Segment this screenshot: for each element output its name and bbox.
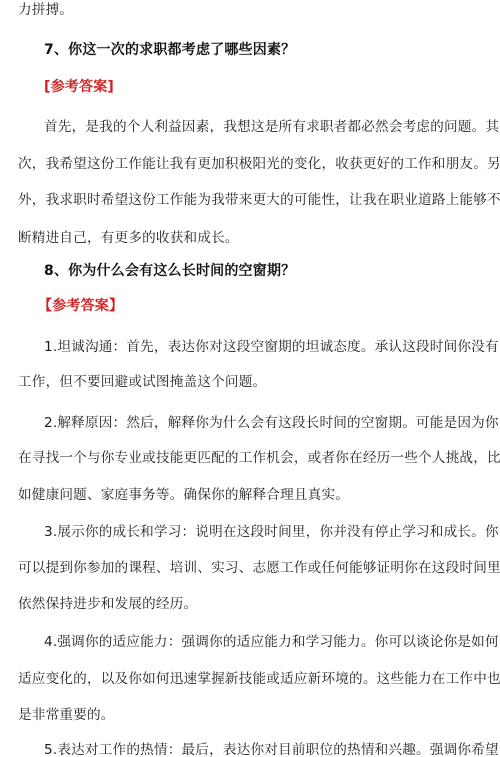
q8-point-2-line: 如健康问题、家庭事务等。确保你的解释合理且真实。 (18, 486, 349, 504)
q8-point-4-line: 是非常重要的。 (18, 706, 115, 724)
q8-point-3-line: 依然保持进步和发展的经历。 (18, 595, 197, 613)
q7-paragraph-line: 次，我希望这份工作能让我有更加积极阳光的变化，收获更好的工作和朋友。另 (18, 155, 500, 173)
q8-point-4-line: 4.强调你的适应能力：强调你的适应能力和学习能力。你可以谈论你是如何 (44, 633, 499, 651)
q8-point-2-line: 在寻找一个与你专业或技能更匹配的工作机会，或者你在经历一些个人挑战，比 (18, 449, 500, 467)
previous-paragraph-tail: 力拼搏。 (18, 1, 73, 19)
q8-point-1-line: 工作，但不要回避或试图掩盖这个问题。 (18, 373, 266, 391)
q7-paragraph-line: 外，我求职时希望这份工作能为我带来更大的可能性，让我在职业道路上能够不 (18, 191, 500, 209)
q7-paragraph-line: 首先，是我的个人利益因素，我想这是所有求职者都必然会考虑的问题。其 (44, 118, 499, 136)
question-8-answer-label: 【参考答案】 (38, 297, 123, 315)
q8-point-3-line: 3.展示你的成长和学习：说明在这段时间里，你并没有停止学习和成长。你 (44, 523, 499, 541)
q8-point-5-line: 5.表达对工作的热情：最后，表达你对目前职位的热情和兴趣。强调你希望 (44, 741, 499, 757)
question-7-answer-label: [参考答案] (44, 78, 114, 96)
q7-paragraph-line: 断精进自己，有更多的收获和成长。 (18, 229, 239, 247)
q8-point-2-line: 2.解释原因：然后，解释你为什么会有这段长时间的空窗期。可能是因为你 (44, 414, 499, 432)
q8-point-1-line: 1.坦诚沟通：首先，表达你对这段空窗期的坦诚态度。承认这段时间你没有 (44, 338, 499, 356)
question-8-title: 8、你为什么会有这么长时间的空窗期？ (44, 262, 295, 280)
question-7-title: 7、你这一次的求职都考虑了哪些因素？ (44, 41, 295, 59)
q8-point-3-line: 可以提到你参加的课程、培训、实习、志愿工作或任何能够证明你在这段时间里 (18, 559, 500, 577)
q8-point-4-line: 适应变化的，以及你如何迅速掌握新技能或适应新环境的。这些能力在工作中也 (18, 670, 500, 688)
